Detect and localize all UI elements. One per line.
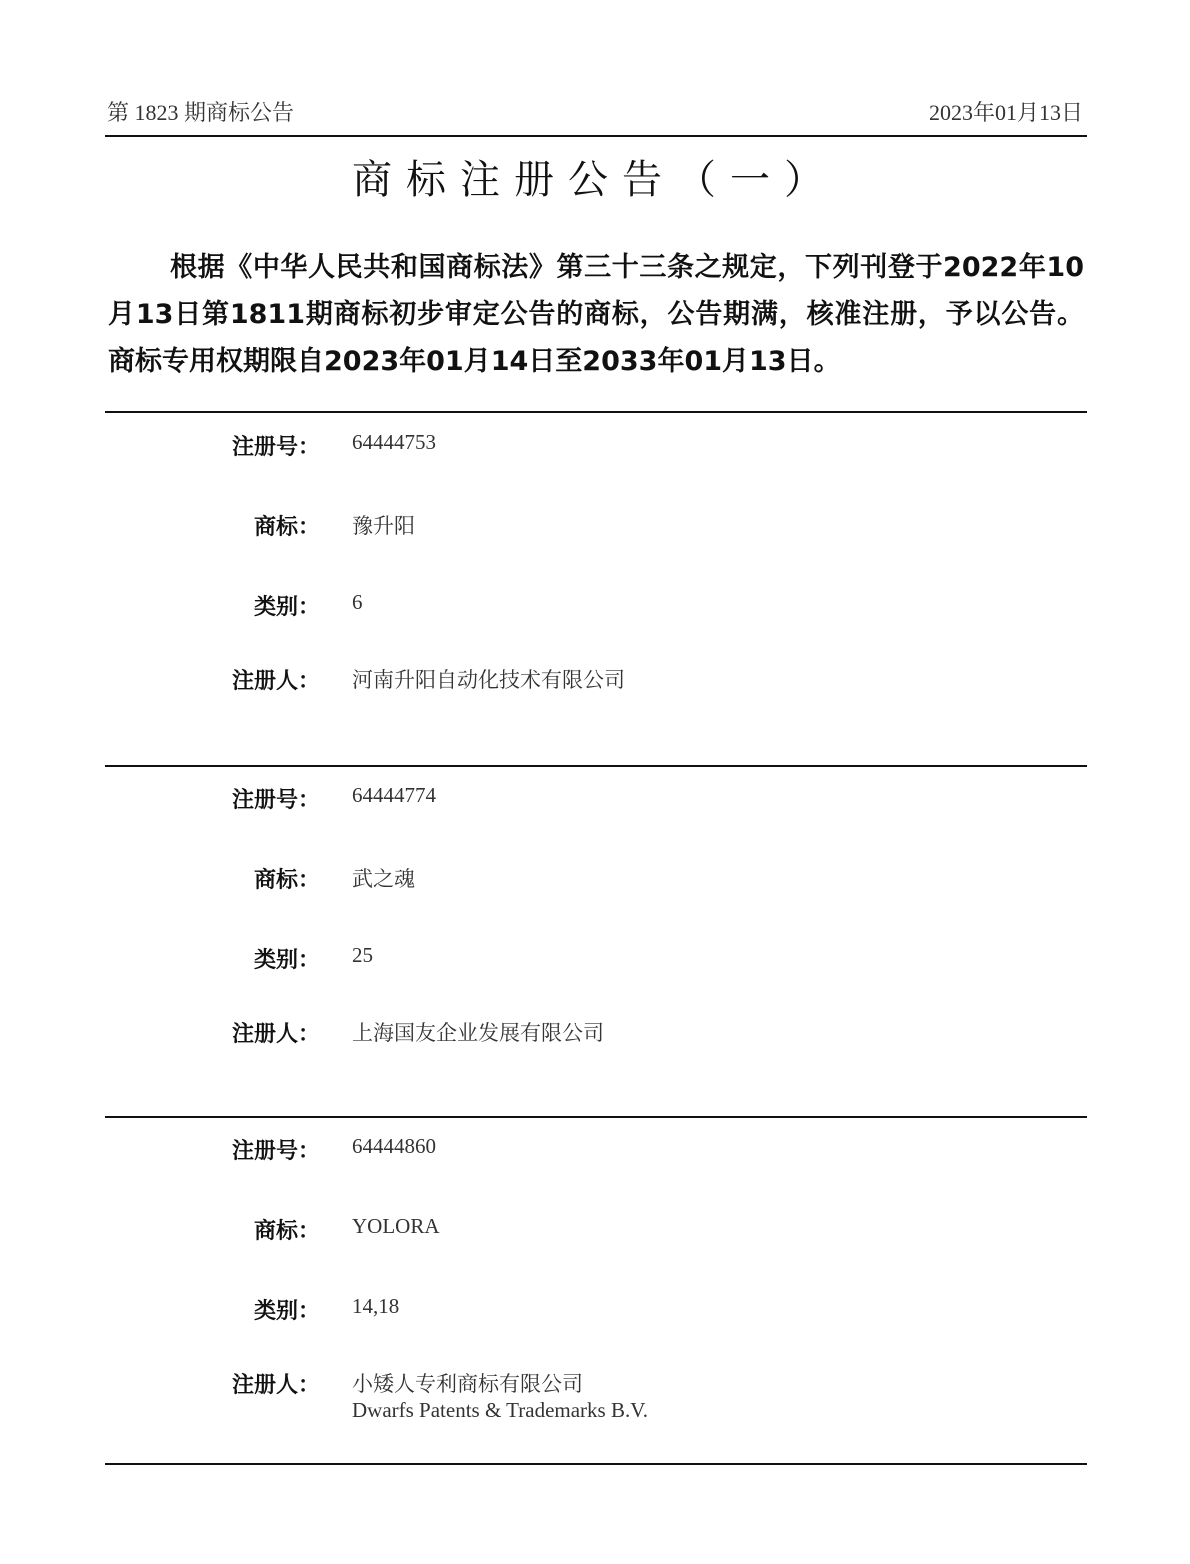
header-divider (105, 135, 1087, 137)
class-row: 类别： 14,18 (0, 1294, 1190, 1324)
reg-no-row: 注册号： 64444753 (0, 430, 1190, 460)
entry-divider (105, 411, 1087, 413)
class-value: 25 (352, 943, 373, 968)
page-title: 商标注册公告（一） (0, 148, 1190, 205)
reg-no-row: 注册号： 64444774 (0, 783, 1190, 813)
entry-divider (105, 765, 1087, 767)
registrant-label: 注册人： (232, 1017, 320, 1048)
trademark-row: 商标： 武之魂 (0, 863, 1190, 893)
registrant-english-name: Dwarfs Patents & Trademarks B.V. (352, 1398, 648, 1423)
trademark-value: 豫升阳 (352, 510, 415, 540)
reg-no-value: 64444774 (352, 783, 436, 808)
trademark-row: 商标： 豫升阳 (0, 510, 1190, 540)
class-label: 类别： (254, 1294, 320, 1325)
class-label: 类别： (254, 943, 320, 974)
trademark-label: 商标： (254, 1214, 320, 1245)
registrant-row: 注册人： 河南升阳自动化技术有限公司 (0, 664, 1190, 694)
trademark-label: 商标： (254, 510, 320, 541)
trademark-value: YOLORA (352, 1214, 440, 1239)
reg-no-label: 注册号： (232, 783, 320, 814)
registrant-row: 注册人： 上海国友企业发展有限公司 (0, 1017, 1190, 1047)
reg-no-row: 注册号： 64444860 (0, 1134, 1190, 1164)
registrant-label: 注册人： (232, 1368, 320, 1399)
trademark-row: 商标： YOLORA (0, 1214, 1190, 1244)
registrant-value: 河南升阳自动化技术有限公司 (352, 664, 625, 694)
trademark-label: 商标： (254, 863, 320, 894)
reg-no-label: 注册号： (232, 1134, 320, 1165)
reg-no-label: 注册号： (232, 430, 320, 461)
class-value: 14,18 (352, 1294, 399, 1319)
class-row: 类别： 25 (0, 943, 1190, 973)
class-label: 类别： (254, 590, 320, 621)
registrant-label: 注册人： (232, 664, 320, 695)
issue-number: 第 1823 期商标公告 (107, 96, 294, 127)
class-value: 6 (352, 590, 363, 615)
issue-date: 2023年01月13日 (929, 96, 1083, 127)
registrant-row: 注册人： 小矮人专利商标有限公司 Dwarfs Patents & Tradem… (0, 1368, 1190, 1398)
bottom-divider (105, 1463, 1087, 1465)
entry-divider (105, 1116, 1087, 1118)
announcement-page: 第 1823 期商标公告 2023年01月13日 商标注册公告（一） 根据《中华… (0, 0, 1190, 1564)
registrant-value: 上海国友企业发展有限公司 (352, 1017, 604, 1047)
class-row: 类别： 6 (0, 590, 1190, 620)
trademark-value: 武之魂 (352, 863, 415, 893)
reg-no-value: 64444753 (352, 430, 436, 455)
reg-no-value: 64444860 (352, 1134, 436, 1159)
intro-paragraph: 根据《中华人民共和国商标法》第三十三条之规定，下列刊登于2022年10月13日第… (108, 244, 1084, 385)
registrant-value: 小矮人专利商标有限公司 (352, 1368, 583, 1398)
